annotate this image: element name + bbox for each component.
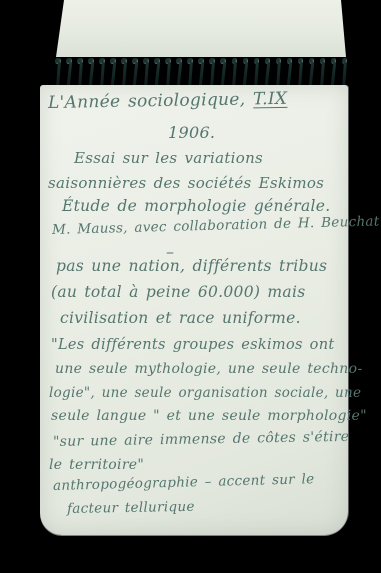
handwritten-line: "Les différents groupes eskimos ont: [51, 337, 334, 353]
handwritten-title: L'Année sociologique, T.IX: [48, 89, 288, 113]
handwritten-line: une seule mythologie, une seule techno-: [55, 361, 362, 377]
photo-background: L'Année sociologique, T.IX 1906. Essai s…: [0, 0, 381, 573]
handwritten-line-author: M. Mauss, avec collaboration de H. Beuch…: [52, 213, 380, 238]
handwritten-line: facteur tellurique: [67, 499, 195, 517]
handwritten-line: saisonnières des sociétés Eskimos: [48, 174, 324, 192]
handwritten-line-year: 1906.: [168, 123, 215, 142]
handwritten-line: Étude de morphologie générale.: [62, 197, 330, 215]
handwritten-line: Essai sur les variations: [74, 149, 263, 167]
handwritten-line: civilisation et race uniforme.: [60, 309, 301, 327]
handwritten-line: logie", une seule organisation sociale, …: [49, 385, 361, 401]
handwritten-line: anthropogéographie – accent sur le: [53, 471, 315, 494]
handwritten-line: (au total à peine 60.000) mais: [51, 283, 305, 301]
handwritten-line: "sur une aire immense de côtes s'étire: [53, 429, 350, 450]
title-volume: T.IX: [253, 89, 288, 110]
handwritten-line: seule langue " et une seule morphologie": [51, 408, 367, 424]
handwritten-line: pas une nation, différents tribus: [56, 257, 327, 275]
handwritten-line: le territoire": [49, 457, 144, 473]
title-text: L'Année sociologique,: [48, 89, 253, 113]
notebook-page: L'Année sociologique, T.IX 1906. Essai s…: [40, 85, 348, 535]
notepad-back-strip: [56, 0, 346, 57]
